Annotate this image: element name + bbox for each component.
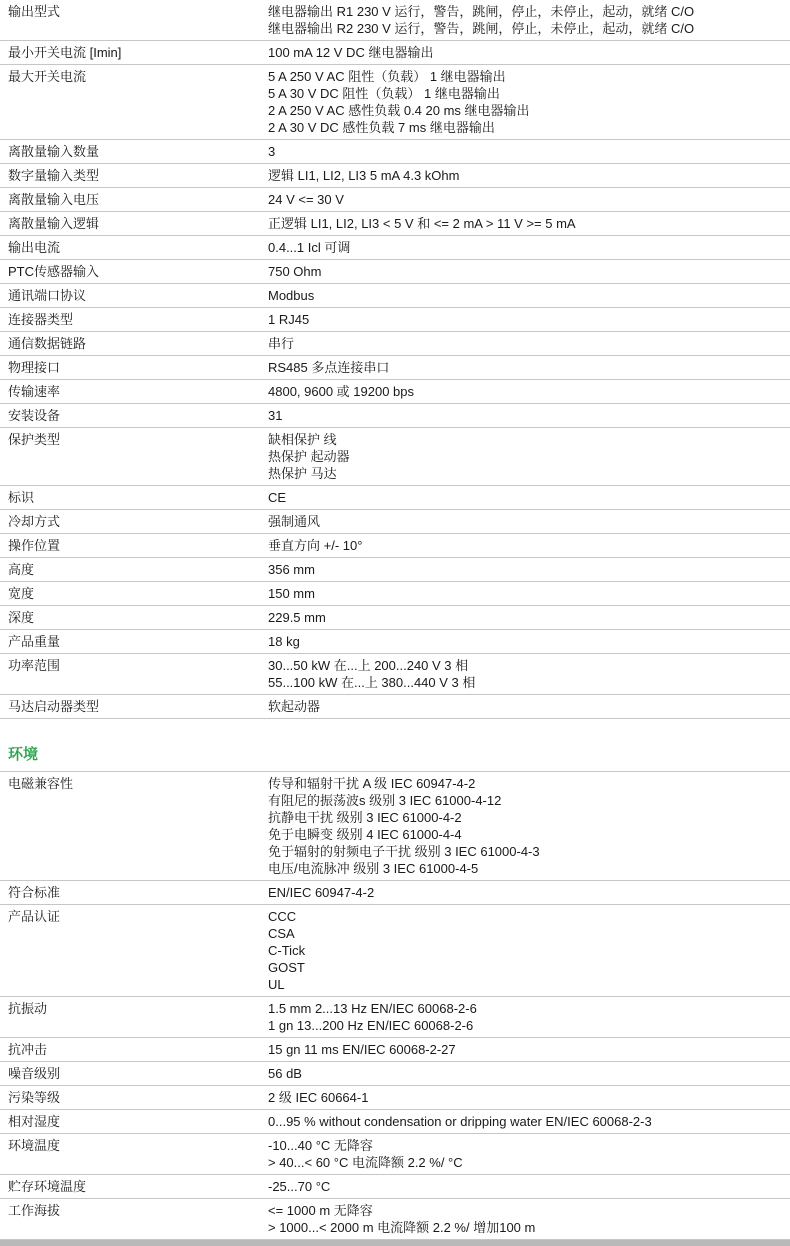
bottom-section-divider: [0, 1240, 790, 1246]
spec-row: 符合标准EN/IEC 60947-4-2: [0, 881, 790, 905]
spec-row: 功率范围30...50 kW 在...上 200...240 V 3 相55..…: [0, 654, 790, 695]
spec-value-line: UL: [268, 976, 782, 993]
section-title-environment: 环境: [0, 745, 790, 765]
spec-value-line: 30...50 kW 在...上 200...240 V 3 相: [268, 657, 782, 674]
spec-value: 强制通风: [268, 513, 790, 530]
spec-value-line: 热保护 马达: [268, 465, 782, 482]
spec-value: -10...40 °C 无降容> 40...< 60 °C 电流降额 2.2 %…: [268, 1137, 790, 1171]
spec-row: PTC传感器输入750 Ohm: [0, 260, 790, 284]
spec-value: 24 V <= 30 V: [268, 191, 790, 208]
spec-label: 保护类型: [0, 431, 268, 448]
spec-row: 安装设备31: [0, 404, 790, 428]
spec-label: 环境温度: [0, 1137, 268, 1154]
spec-value-line: CCC: [268, 908, 782, 925]
spec-value-line: 18 kg: [268, 633, 782, 650]
spec-row: 通讯端口协议Modbus: [0, 284, 790, 308]
spec-label: 输出电流: [0, 239, 268, 256]
spec-row: 离散量输入逻辑正逻辑 LI1, LI2, LI3 < 5 V 和 <= 2 mA…: [0, 212, 790, 236]
spec-row: 物理接口RS485 多点连接串口: [0, 356, 790, 380]
spec-value-line: 强制通风: [268, 513, 782, 530]
spec-value: 0...95 % without condensation or drippin…: [268, 1113, 790, 1130]
spec-value: Modbus: [268, 287, 790, 304]
spec-label: 马达启动器类型: [0, 698, 268, 715]
spec-value-line: Modbus: [268, 287, 782, 304]
spec-row: 电磁兼容性传导和辐射干扰 A 级 IEC 60947-4-2有阻尼的振荡波s 级…: [0, 772, 790, 881]
spec-value: 逻辑 LI1, LI2, LI3 5 mA 4.3 kOhm: [268, 167, 790, 184]
spec-value-line: 0.4...1 Icl 可调: [268, 239, 782, 256]
spec-value: 垂直方向 +/- 10°: [268, 537, 790, 554]
spec-label: 冷却方式: [0, 513, 268, 530]
spec-label: 离散量输入电压: [0, 191, 268, 208]
spec-value-line: 55...100 kW 在...上 380...440 V 3 相: [268, 674, 782, 691]
spec-value-line: 1 gn 13...200 Hz EN/IEC 60068-2-6: [268, 1017, 782, 1034]
spec-value-line: 229.5 mm: [268, 609, 782, 626]
spec-value-line: 免于辐射的射频电子干扰 级别 3 IEC 61000-4-3: [268, 843, 782, 860]
spec-value: 18 kg: [268, 633, 790, 650]
spec-value-line: 2 A 250 V AC 感性负载 0.4 20 ms 继电器输出: [268, 102, 782, 119]
spec-row: 通信数据链路串行: [0, 332, 790, 356]
spec-value-line: 1.5 mm 2...13 Hz EN/IEC 60068-2-6: [268, 1000, 782, 1017]
spec-label: 符合标准: [0, 884, 268, 901]
spec-value: 1 RJ45: [268, 311, 790, 328]
spec-value-line: 热保护 起动器: [268, 448, 782, 465]
spec-value: EN/IEC 60947-4-2: [268, 884, 790, 901]
spec-row: 抗振动1.5 mm 2...13 Hz EN/IEC 60068-2-61 gn…: [0, 997, 790, 1038]
spec-label: 高度: [0, 561, 268, 578]
spec-value-line: 正逻辑 LI1, LI2, LI3 < 5 V 和 <= 2 mA > 11 V…: [268, 215, 782, 232]
spec-value: 传导和辐射干扰 A 级 IEC 60947-4-2有阻尼的振荡波s 级别 3 I…: [268, 775, 790, 877]
spec-row: 产品认证CCCCSAC-TickGOSTUL: [0, 905, 790, 997]
spec-label: 贮存环境温度: [0, 1178, 268, 1195]
spec-label: 产品重量: [0, 633, 268, 650]
spec-row: 产品重量18 kg: [0, 630, 790, 654]
spec-value-line: 2 A 30 V DC 感性负载 7 ms 继电器输出: [268, 119, 782, 136]
spec-value-line: 750 Ohm: [268, 263, 782, 280]
spec-value-line: 5 A 30 V DC 阻性（负载） 1 继电器输出: [268, 85, 782, 102]
spec-value-line: EN/IEC 60947-4-2: [268, 884, 782, 901]
spec-label: 数字量输入类型: [0, 167, 268, 184]
spec-row: 标识CE: [0, 486, 790, 510]
spec-value-line: 2 级 IEC 60664-1: [268, 1089, 782, 1106]
spec-value: 软起动器: [268, 698, 790, 715]
spec-row: 最小开关电流 [Imin]100 mA 12 V DC 继电器输出: [0, 41, 790, 65]
spec-label: 安装设备: [0, 407, 268, 424]
spec-value: CCCCSAC-TickGOSTUL: [268, 908, 790, 993]
spec-label: 产品认证: [0, 908, 268, 925]
spec-value: 3: [268, 143, 790, 160]
spec-value: CE: [268, 489, 790, 506]
spec-value: 356 mm: [268, 561, 790, 578]
spec-label: 离散量输入数量: [0, 143, 268, 160]
spec-value: RS485 多点连接串口: [268, 359, 790, 376]
spec-value-line: 4800, 9600 或 19200 bps: [268, 383, 782, 400]
spec-value-line: 24 V <= 30 V: [268, 191, 782, 208]
spec-row: 工作海拔<= 1000 m 无降容> 1000...< 2000 m 电流降额 …: [0, 1199, 790, 1240]
spec-value: 229.5 mm: [268, 609, 790, 626]
spec-value-line: 15 gn 11 ms EN/IEC 60068-2-27: [268, 1041, 782, 1058]
spec-label: 标识: [0, 489, 268, 506]
spec-row: 离散量输入数量3: [0, 140, 790, 164]
spec-label: 污染等级: [0, 1089, 268, 1106]
spec-label: 连接器类型: [0, 311, 268, 328]
specs-table-environment: 电磁兼容性传导和辐射干扰 A 级 IEC 60947-4-2有阻尼的振荡波s 级…: [0, 771, 790, 1240]
spec-label: 最小开关电流 [Imin]: [0, 44, 268, 61]
datasheet-page: 输出型式继电器输出 R1 230 V 运行，警告，跳闸，停止，未停止，起动，就绪…: [0, 0, 790, 1246]
spec-label: 功率范围: [0, 657, 268, 674]
spec-value: 1.5 mm 2...13 Hz EN/IEC 60068-2-61 gn 13…: [268, 1000, 790, 1034]
spec-value: 100 mA 12 V DC 继电器输出: [268, 44, 790, 61]
spec-label: PTC传感器输入: [0, 263, 268, 280]
spec-label: 电磁兼容性: [0, 775, 268, 792]
spec-label: 宽度: [0, 585, 268, 602]
spec-value-line: 5 A 250 V AC 阻性（负载） 1 继电器输出: [268, 68, 782, 85]
spec-value-line: 传导和辐射干扰 A 级 IEC 60947-4-2: [268, 775, 782, 792]
spec-value-line: CE: [268, 489, 782, 506]
spec-label: 物理接口: [0, 359, 268, 376]
spec-row: 高度356 mm: [0, 558, 790, 582]
spec-value-line: 56 dB: [268, 1065, 782, 1082]
spec-row: 离散量输入电压24 V <= 30 V: [0, 188, 790, 212]
spec-label: 工作海拔: [0, 1202, 268, 1219]
spec-row: 最大开关电流5 A 250 V AC 阻性（负载） 1 继电器输出5 A 30 …: [0, 65, 790, 140]
spec-value-line: 继电器输出 R2 230 V 运行，警告，跳闸，停止，未停止，起动，就绪 C/O: [268, 20, 782, 37]
spec-value: 串行: [268, 335, 790, 352]
spec-value-line: 电压/电流脉冲 级别 3 IEC 61000-4-5: [268, 860, 782, 877]
spec-value-line: 免于电瞬变 级别 4 IEC 61000-4-4: [268, 826, 782, 843]
spec-value-line: 有阻尼的振荡波s 级别 3 IEC 61000-4-12: [268, 792, 782, 809]
spec-row: 抗冲击15 gn 11 ms EN/IEC 60068-2-27: [0, 1038, 790, 1062]
spec-label: 离散量输入逻辑: [0, 215, 268, 232]
spec-value: 31: [268, 407, 790, 424]
spec-value: 4800, 9600 或 19200 bps: [268, 383, 790, 400]
spec-value-line: -10...40 °C 无降容: [268, 1137, 782, 1154]
spec-value-line: 150 mm: [268, 585, 782, 602]
spec-value-line: 356 mm: [268, 561, 782, 578]
spec-label: 深度: [0, 609, 268, 626]
spec-value: 56 dB: [268, 1065, 790, 1082]
spec-row: 冷却方式强制通风: [0, 510, 790, 534]
spec-value-line: 100 mA 12 V DC 继电器输出: [268, 44, 782, 61]
spec-value: 继电器输出 R1 230 V 运行，警告，跳闸，停止，未停止，起动，就绪 C/O…: [268, 3, 790, 37]
specs-table-main: 输出型式继电器输出 R1 230 V 运行，警告，跳闸，停止，未停止，起动，就绪…: [0, 0, 790, 719]
spec-label: 输出型式: [0, 3, 268, 20]
spec-row: 连接器类型1 RJ45: [0, 308, 790, 332]
spec-value-line: <= 1000 m 无降容: [268, 1202, 782, 1219]
spec-value: 正逻辑 LI1, LI2, LI3 < 5 V 和 <= 2 mA > 11 V…: [268, 215, 790, 232]
spec-value: 2 级 IEC 60664-1: [268, 1089, 790, 1106]
spec-row: 输出电流0.4...1 Icl 可调: [0, 236, 790, 260]
spec-value-line: CSA: [268, 925, 782, 942]
spec-value: 15 gn 11 ms EN/IEC 60068-2-27: [268, 1041, 790, 1058]
spec-row: 深度229.5 mm: [0, 606, 790, 630]
spec-row: 保护类型缺相保护 线热保护 起动器热保护 马达: [0, 428, 790, 486]
spec-value: 30...50 kW 在...上 200...240 V 3 相55...100…: [268, 657, 790, 691]
spec-label: 相对湿度: [0, 1113, 268, 1130]
spec-value-line: 1 RJ45: [268, 311, 782, 328]
spec-row: 输出型式继电器输出 R1 230 V 运行，警告，跳闸，停止，未停止，起动，就绪…: [0, 0, 790, 41]
spec-label: 抗冲击: [0, 1041, 268, 1058]
spec-row: 数字量输入类型逻辑 LI1, LI2, LI3 5 mA 4.3 kOhm: [0, 164, 790, 188]
spec-value: 0.4...1 Icl 可调: [268, 239, 790, 256]
spec-value-line: > 1000...< 2000 m 电流降额 2.2 %/ 增加100 m: [268, 1219, 782, 1236]
spec-row: 传输速率4800, 9600 或 19200 bps: [0, 380, 790, 404]
spec-value-line: 0...95 % without condensation or drippin…: [268, 1113, 782, 1130]
spec-row: 污染等级2 级 IEC 60664-1: [0, 1086, 790, 1110]
spec-value-line: > 40...< 60 °C 电流降额 2.2 %/ °C: [268, 1154, 782, 1171]
spec-row: 噪音级别56 dB: [0, 1062, 790, 1086]
spec-value-line: 3: [268, 143, 782, 160]
spec-label: 通信数据链路: [0, 335, 268, 352]
spec-value: <= 1000 m 无降容> 1000...< 2000 m 电流降额 2.2 …: [268, 1202, 790, 1236]
spec-value-line: 继电器输出 R1 230 V 运行，警告，跳闸，停止，未停止，起动，就绪 C/O: [268, 3, 782, 20]
spec-value-line: 31: [268, 407, 782, 424]
spec-value: 150 mm: [268, 585, 790, 602]
spec-label: 最大开关电流: [0, 68, 268, 85]
spec-label: 操作位置: [0, 537, 268, 554]
spec-value: -25...70 °C: [268, 1178, 790, 1195]
spec-row: 环境温度-10...40 °C 无降容> 40...< 60 °C 电流降额 2…: [0, 1134, 790, 1175]
spec-value-line: 抗静电干扰 级别 3 IEC 61000-4-2: [268, 809, 782, 826]
spec-label: 噪音级别: [0, 1065, 268, 1082]
spec-value: 5 A 250 V AC 阻性（负载） 1 继电器输出5 A 30 V DC 阻…: [268, 68, 790, 136]
spec-value-line: GOST: [268, 959, 782, 976]
spec-row: 操作位置垂直方向 +/- 10°: [0, 534, 790, 558]
spec-row: 宽度150 mm: [0, 582, 790, 606]
spec-value: 750 Ohm: [268, 263, 790, 280]
spec-value-line: -25...70 °C: [268, 1178, 782, 1195]
spec-label: 抗振动: [0, 1000, 268, 1017]
spec-label: 通讯端口协议: [0, 287, 268, 304]
spec-row: 相对湿度0...95 % without condensation or dri…: [0, 1110, 790, 1134]
spec-value-line: 缺相保护 线: [268, 431, 782, 448]
spec-value-line: C-Tick: [268, 942, 782, 959]
spec-value-line: 软起动器: [268, 698, 782, 715]
spec-value-line: 串行: [268, 335, 782, 352]
spec-row: 马达启动器类型软起动器: [0, 695, 790, 719]
spec-value: 缺相保护 线热保护 起动器热保护 马达: [268, 431, 790, 482]
spec-value-line: 逻辑 LI1, LI2, LI3 5 mA 4.3 kOhm: [268, 167, 782, 184]
spec-value-line: 垂直方向 +/- 10°: [268, 537, 782, 554]
spec-row: 贮存环境温度-25...70 °C: [0, 1175, 790, 1199]
spec-value-line: RS485 多点连接串口: [268, 359, 782, 376]
spec-label: 传输速率: [0, 383, 268, 400]
